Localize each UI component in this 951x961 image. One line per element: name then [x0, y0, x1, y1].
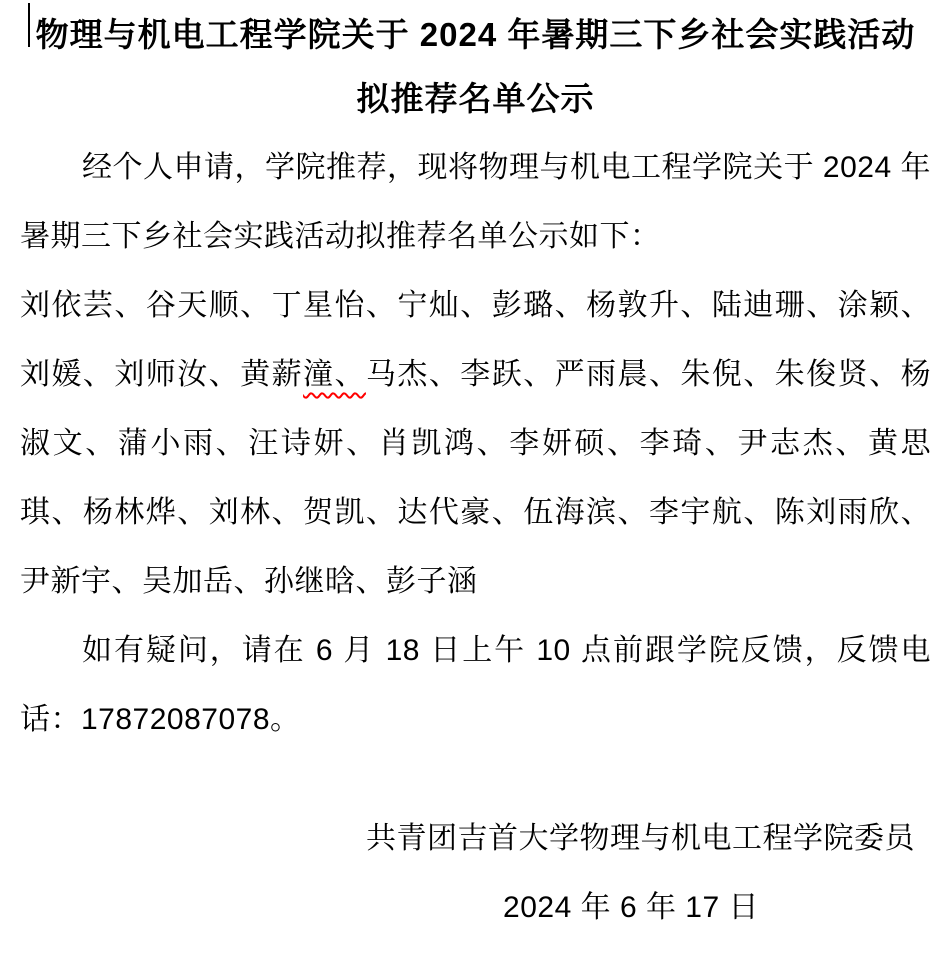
- document-title[interactable]: 物理与机电工程学院关于 2024 年暑期三下乡社会实践活动拟推荐名单公示: [18, 3, 933, 131]
- signature-organization[interactable]: 共青团吉首大学物理与机电工程学院委员: [20, 804, 931, 873]
- names-paragraph[interactable]: 刘依芸、谷天顺、丁星怡、宁灿、彭璐、杨敦升、陆迪珊、涂颖、刘媛、刘师汝、黄薪潼、…: [20, 271, 931, 616]
- spellcheck-flagged-text[interactable]: 潼、: [303, 358, 366, 391]
- title-line-2: 拟推荐名单公示: [357, 80, 595, 117]
- signature-date[interactable]: 2024 年 6 年 17 日: [20, 873, 931, 942]
- document-body: 经个人申请，学院推荐，现将物理与机电工程学院关于 2024 年暑期三下乡社会实践…: [0, 133, 951, 942]
- feedback-paragraph[interactable]: 如有疑问，请在 6 月 18 日上午 10 点前跟学院反馈，反馈电话：17872…: [20, 616, 931, 754]
- document-page[interactable]: 物理与机电工程学院关于 2024 年暑期三下乡社会实践活动拟推荐名单公示 经个人…: [0, 0, 951, 961]
- intro-paragraph[interactable]: 经个人申请，学院推荐，现将物理与机电工程学院关于 2024 年暑期三下乡社会实践…: [20, 133, 931, 271]
- title-line-1: 物理与机电工程学院关于 2024 年暑期三下乡社会实践活动: [36, 16, 916, 53]
- signature-block: 共青团吉首大学物理与机电工程学院委员 2024 年 6 年 17 日: [20, 804, 931, 942]
- text-cursor: [28, 3, 30, 47]
